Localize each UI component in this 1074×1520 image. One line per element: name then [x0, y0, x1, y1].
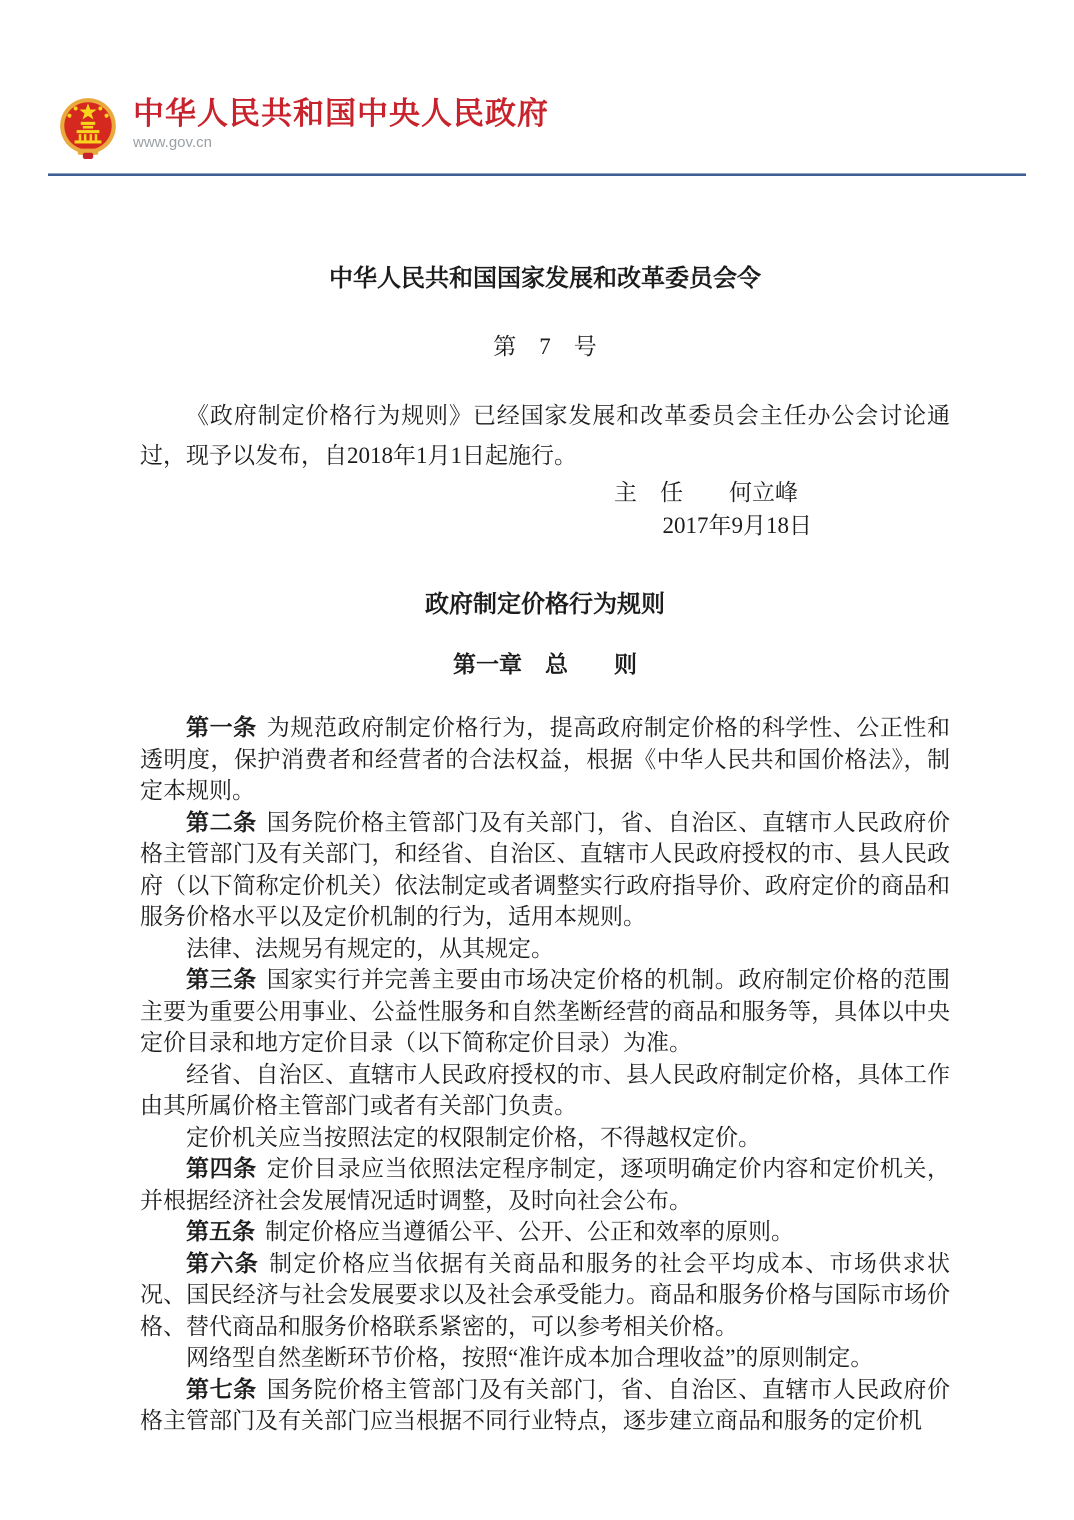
article-paragraph: 第六条制定价格应当依据有关商品和服务的社会平均成本、市场供求状况、国民经济与社会… [140, 1248, 950, 1343]
article-subparagraph: 网络型自然垄断环节价格，按照“准许成本加合理收益”的原则制定。 [140, 1342, 950, 1374]
article-paragraph: 第三条国家实行并完善主要由市场决定价格的机制。政府制定价格的范围主要为重要公用事… [140, 964, 950, 1059]
article-label: 第五条 [186, 1219, 255, 1244]
article-subparagraph: 经省、自治区、直辖市人民政府授权的市、县人民政府制定价格，具体工作由其所属价格主… [140, 1059, 950, 1122]
gov-brand-link[interactable]: 中华人民共和国中央人民政府 www.gov.cn [55, 95, 1074, 161]
decree-number: 第 7 号 [140, 332, 950, 362]
article-label: 第一条 [186, 715, 257, 740]
article-paragraph: 第四条定价目录应当依照法定程序制定，逐项明确定价内容和定价机关，并根据经济社会发… [140, 1153, 950, 1216]
article-label: 第四条 [186, 1156, 257, 1181]
article-paragraph: 第五条制定价格应当遵循公平、公开、公正和效率的原则。 [140, 1216, 950, 1248]
article-label: 第六条 [186, 1251, 259, 1276]
site-name: 中华人民共和国中央人民政府 [133, 97, 549, 131]
chapter-title: 第一章 总 则 [140, 650, 950, 680]
article-label: 第二条 [186, 810, 257, 835]
signature-line: 主 任 何立峰 [140, 476, 950, 509]
china-national-emblem-icon [55, 95, 121, 161]
signature-date: 2017年9月18日 [140, 509, 950, 542]
article-paragraph: 第七条国务院价格主管部门及有关部门，省、自治区、直辖市人民政府价格主管部门及有关… [140, 1374, 950, 1437]
article-paragraph: 第二条国务院价格主管部门及有关部门，省、自治区、直辖市人民政府价格主管部门及有关… [140, 807, 950, 933]
decree-intro: 《政府制定价格行为规则》已经国家发展和改革委员会主任办公会讨论通过，现予以发布，… [140, 396, 950, 476]
law-title: 政府制定价格行为规则 [140, 590, 950, 620]
site-url[interactable]: www.gov.cn [133, 134, 549, 151]
brand-text: 中华人民共和国中央人民政府 www.gov.cn [133, 95, 549, 151]
article-label: 第三条 [186, 967, 257, 992]
article-subparagraph: 法律、法规另有规定的，从其规定。 [140, 933, 950, 965]
article-paragraph: 第一条为规范政府制定价格行为，提高政府制定价格的科学性、公正性和透明度，保护消费… [140, 712, 950, 807]
article-list: 第一条为规范政府制定价格行为，提高政府制定价格的科学性、公正性和透明度，保护消费… [140, 712, 950, 1437]
header-divider [48, 173, 1026, 176]
decree-title: 中华人民共和国国家发展和改革委员会令 [140, 264, 950, 294]
site-header: 中华人民共和国中央人民政府 www.gov.cn [0, 0, 1074, 176]
page: 中华人民共和国中央人民政府 www.gov.cn 中华人民共和国国家发展和改革委… [0, 0, 1074, 1520]
article-label: 第七条 [186, 1377, 257, 1402]
document-body: 中华人民共和国国家发展和改革委员会令 第 7 号 《政府制定价格行为规则》已经国… [140, 264, 950, 1437]
article-subparagraph: 定价机关应当按照法定的权限制定价格，不得越权定价。 [140, 1122, 950, 1154]
